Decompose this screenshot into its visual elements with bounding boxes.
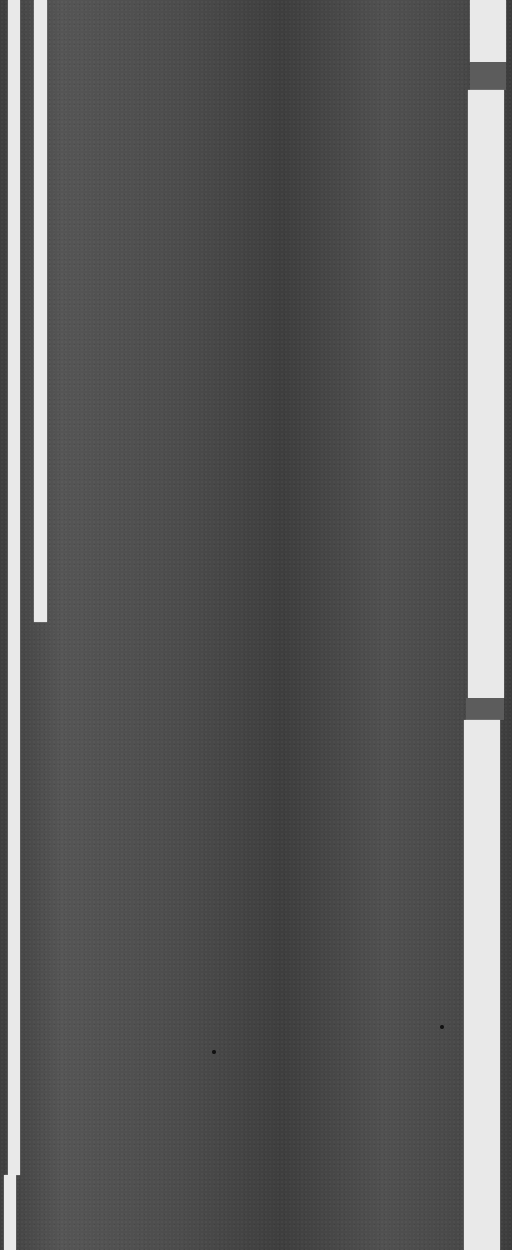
left-edge-line <box>8 0 20 1175</box>
left-edge-line-lower <box>4 1175 16 1250</box>
road-stain <box>212 1050 216 1054</box>
road-patch-upper <box>470 62 506 90</box>
road-patch-lower <box>466 698 504 720</box>
road-stain <box>440 1025 444 1029</box>
right-lane-line-top <box>470 0 506 62</box>
left-lane-dash <box>34 0 47 622</box>
right-lane-line-middle <box>468 90 504 698</box>
asphalt-surface <box>0 0 512 1250</box>
right-lane-line-bottom <box>464 720 500 1250</box>
